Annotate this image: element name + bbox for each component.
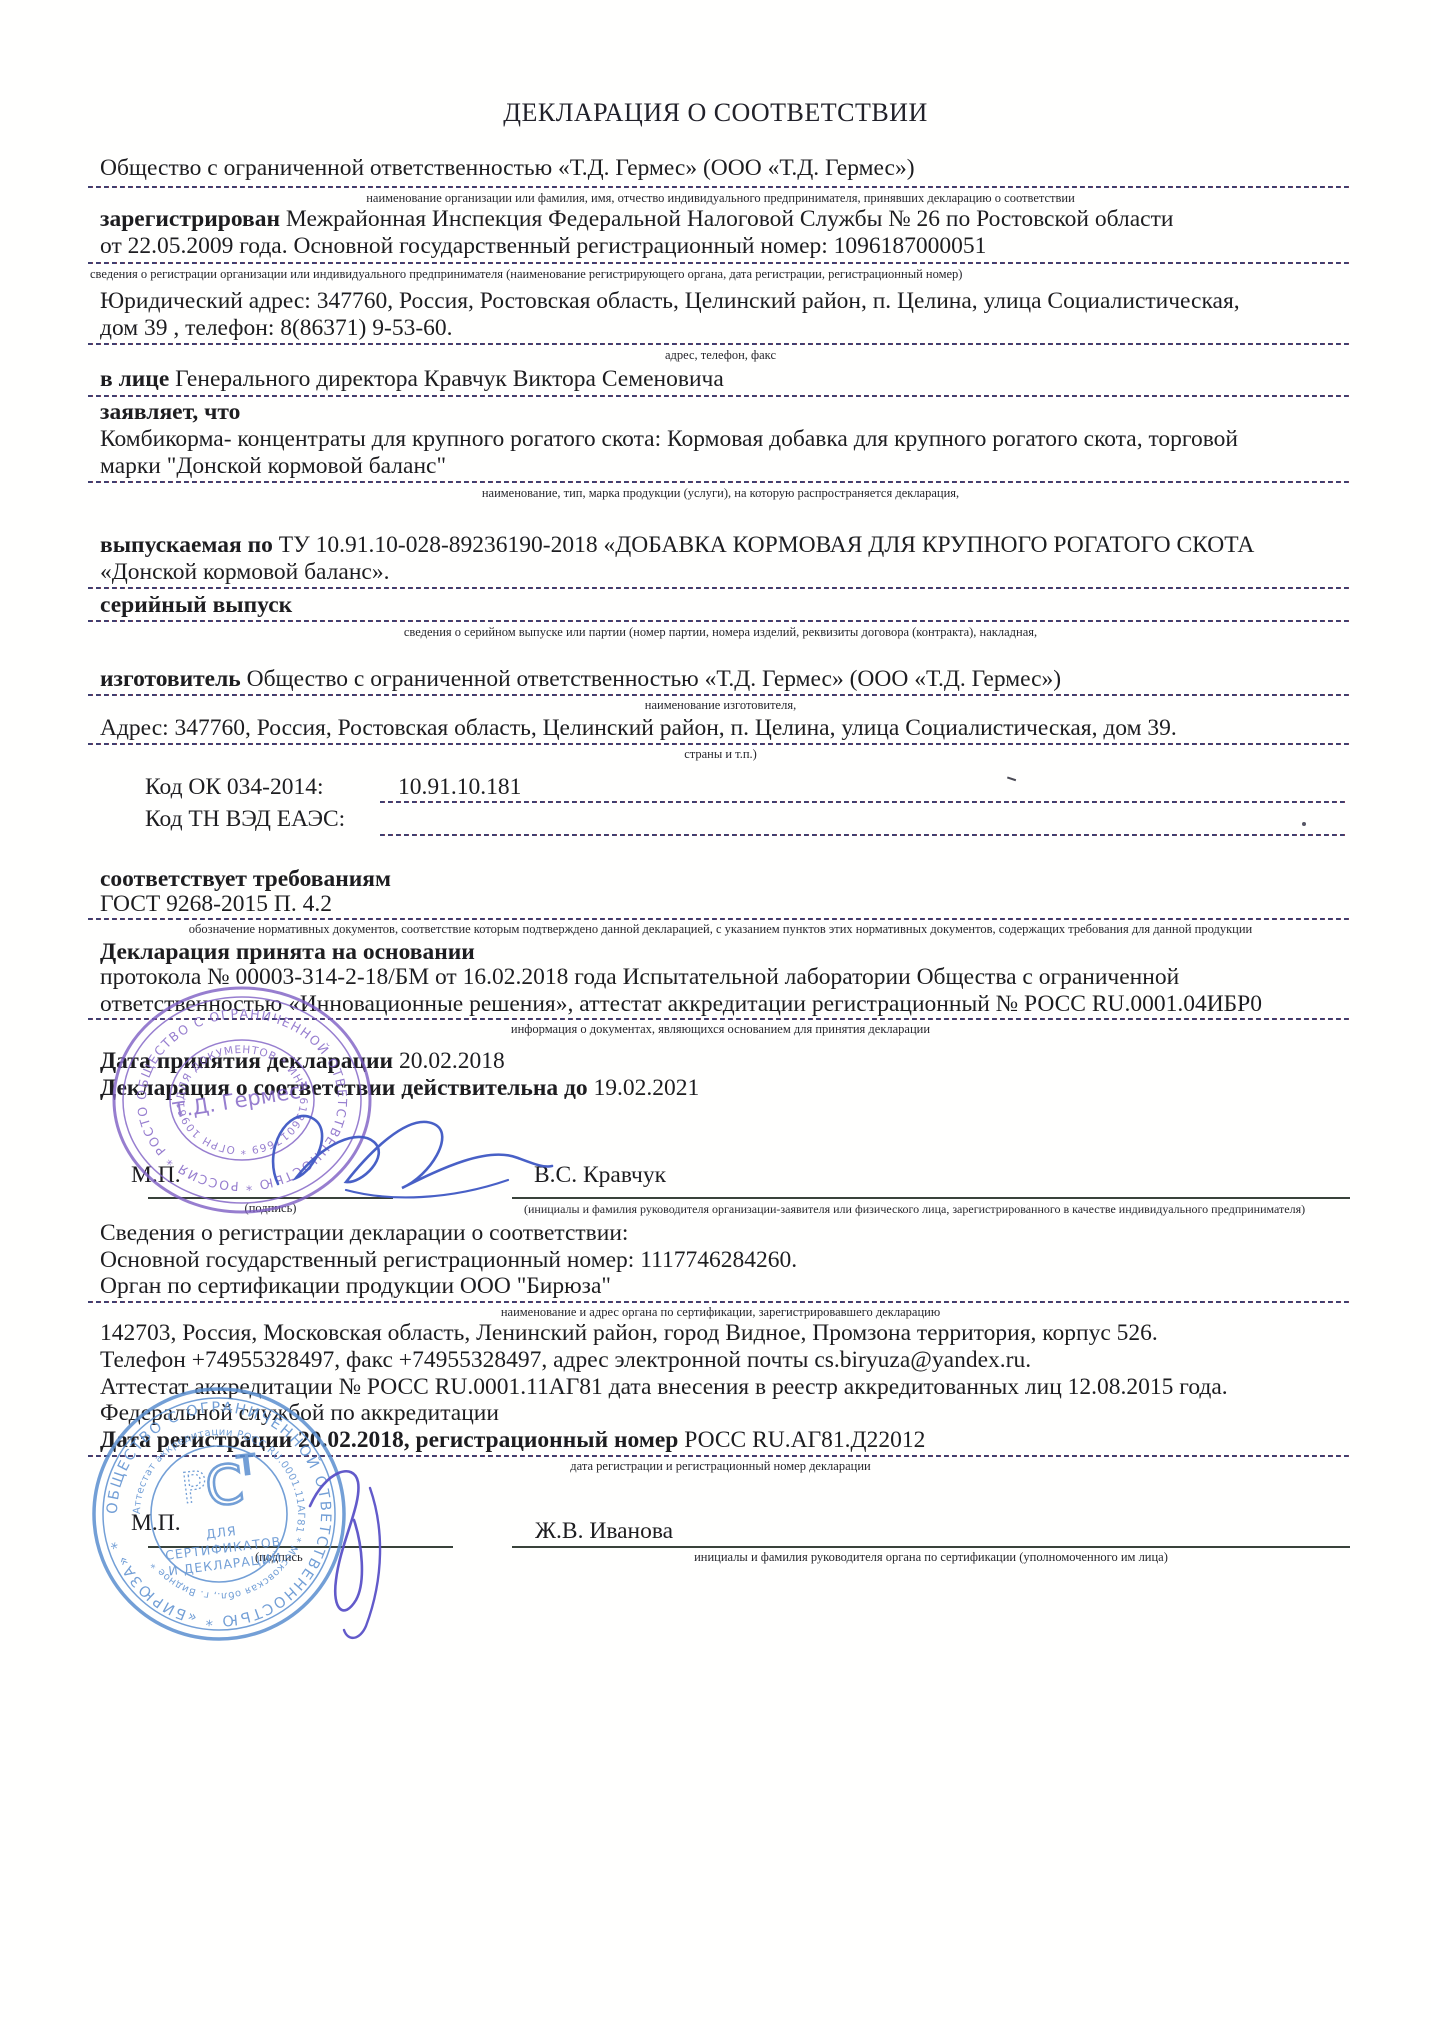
reg-info-heading: Сведения о регистрации декларации о соот…: [100, 1220, 628, 1248]
name-line-1: [512, 1197, 1350, 1199]
registration-line1-text: Межрайонная Инспекция Федеральной Налого…: [286, 206, 1174, 232]
dotted-rule: [88, 587, 1350, 589]
issued-line2: «Донской кормовой баланс».: [100, 559, 389, 587]
manufacturer-text: Общество с ограниченной ответственностью…: [247, 666, 1062, 692]
serial-caption: сведения о серийном выпуске или партии (…: [93, 625, 1348, 639]
dotted-rule: [88, 620, 1350, 622]
dotted-rule: [88, 1301, 1350, 1303]
legal-address-line2: дом 39 , телефон: 8(86371) 9-53-60.: [100, 315, 453, 343]
registration-number: РОСС RU.АГ81.Д22012: [684, 1427, 925, 1453]
dotted-rule: [88, 186, 1350, 188]
registration-line2: от 22.05.2009 года. Основной государстве…: [100, 233, 986, 261]
dotted-rule: [88, 694, 1350, 696]
representative-line: в лице Генерального директора Кравчук Ви…: [100, 366, 724, 394]
reg-info-ogrn: Основной государственный регистрационный…: [100, 1247, 797, 1275]
manufacturer-label: изготовитель: [100, 666, 241, 692]
certification-body-address: 142703, Россия, Московская область, Лени…: [100, 1320, 1158, 1348]
conformity-caption: обозначение нормативных документов, соот…: [93, 922, 1348, 936]
basis-label: Декларация принята на основании: [100, 939, 475, 967]
code-ok-label: Код ОК 034-2014:: [145, 774, 324, 802]
dotted-rule: [88, 262, 1350, 264]
name-line-2: [512, 1546, 1350, 1548]
dotted-rule: [380, 834, 1348, 836]
issued-label: выпускаемая по: [100, 532, 273, 558]
registration-line1: зарегистрирован Межрайонная Инспекция Фе…: [100, 206, 1173, 234]
dotted-rule: [88, 395, 1350, 397]
validity-date: 19.02.2021: [594, 1075, 700, 1101]
adoption-date: 20.02.2018: [399, 1048, 505, 1074]
dotted-rule: [88, 481, 1350, 483]
legal-address-caption: адрес, телефон, факс: [93, 348, 1348, 362]
registration-caption: сведения о регистрации организации или и…: [90, 267, 962, 281]
conformity-label: соответствует требованиям: [100, 866, 391, 894]
certification-body-caption: наименование и адрес органа по сертифика…: [93, 1305, 1348, 1319]
dotted-rule: [88, 743, 1350, 745]
registration-label: зарегистрирован: [100, 206, 280, 232]
code-tnved-label: Код ТН ВЭД ЕАЭС:: [145, 806, 345, 834]
dotted-rule: [380, 801, 1348, 803]
certifier-signature: [292, 1448, 407, 1648]
declaration-of-conformity-document: ДЕКЛАРАЦИЯ О СООТВЕТСТВИИ Общество с огр…: [0, 0, 1431, 2025]
applicant-name: Общество с ограниченной ответственностью…: [100, 155, 915, 183]
product-line1: Комбикорма- концентраты для крупного рог…: [100, 426, 1238, 454]
code-ok-value: 10.91.10.181: [398, 774, 521, 802]
representative-text: Генерального директора Кравчук Виктора С…: [175, 366, 724, 392]
director-signature: [250, 1072, 560, 1217]
serial-label: серийный выпуск: [100, 592, 292, 620]
legal-address-line1: Юридический адрес: 347760, Россия, Росто…: [100, 288, 1240, 316]
manufacturer-line: изготовитель Общество с ограниченной отв…: [100, 666, 1061, 694]
dotted-rule: [88, 343, 1350, 345]
dotted-rule: [88, 918, 1350, 920]
certifier-name: Ж.В. Иванова: [535, 1518, 673, 1546]
representative-label: в лице: [100, 366, 169, 392]
certification-body: Орган по сертификации продукции ООО "Бир…: [100, 1273, 611, 1301]
manufacturer-address: Адрес: 347760, Россия, Ростовская област…: [100, 715, 1177, 743]
ink-speck: [1302, 822, 1306, 826]
manufacturer-caption: наименование изготовителя,: [93, 698, 1348, 712]
director-name-caption: (инициалы и фамилия руководителя организ…: [524, 1202, 1305, 1216]
product-caption: наименование, тип, марка продукции (услу…: [93, 486, 1348, 500]
document-title: ДЕКЛАРАЦИЯ О СООТВЕТСТВИИ: [0, 98, 1431, 128]
rst-logo: Р С Т ДЛЯ СЕРТИФИКАТОВ И ДЕКЛАРАЦИЙ: [154, 1445, 285, 1578]
manufacturer-address-caption: страны и т.п.): [93, 747, 1348, 761]
applicant-caption: наименование организации или фамилия, им…: [93, 191, 1348, 205]
ink-speck: [1007, 771, 1018, 781]
conformity-standard: ГОСТ 9268-2015 П. 4.2: [100, 891, 332, 919]
declares-label: заявляет, что: [100, 399, 240, 427]
product-line2: марки "Донской кормовой баланс": [100, 453, 446, 481]
issued-line1: выпускаемая по ТУ 10.91.10-028-89236190-…: [100, 532, 1254, 560]
certifier-name-caption: инициалы и фамилия руководителя органа п…: [512, 1550, 1350, 1564]
issued-line1-text: ТУ 10.91.10-028-89236190-2018 «ДОБАВКА К…: [279, 532, 1255, 558]
certification-body-contacts: Телефон +74955328497, факс +74955328497,…: [100, 1347, 1031, 1375]
rst-logo-t: Т: [234, 1447, 259, 1484]
